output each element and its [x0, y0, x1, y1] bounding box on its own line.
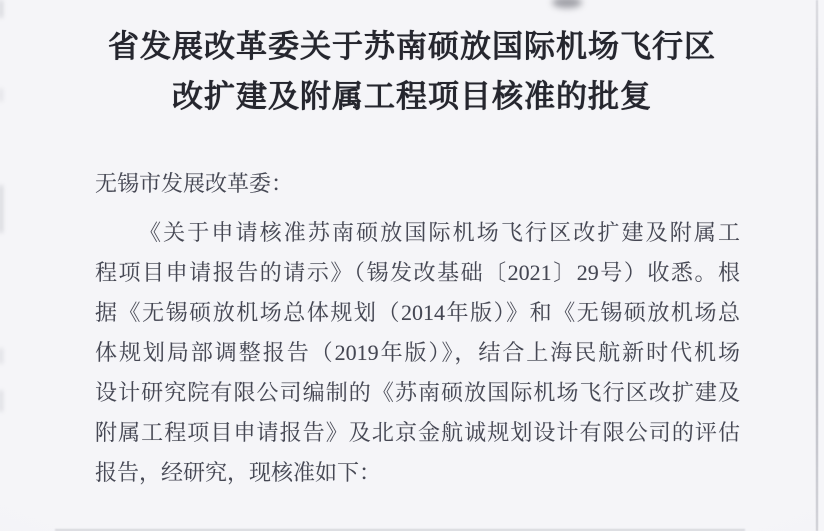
- document-body: 无锡市发展改革委： 《关于申请核准苏南硕放国际机场飞行区改扩建及附属工 程项目申…: [95, 164, 740, 493]
- body-line: 程项目申请报告的请示》（锡发改基础〔2021〕29号）收悉。根: [95, 253, 740, 293]
- body-line: 附属工程项目申请报告》及北京金航诚规划设计有限公司的评估: [95, 413, 740, 453]
- scan-artifact-smudge: [552, 0, 582, 8]
- scan-artifact-smudge: [0, 185, 3, 233]
- body-line-last: 报告，经研究，现核准如下：: [95, 453, 740, 493]
- scan-artifact-smudge: [0, 348, 3, 364]
- body-line: 据《无锡硕放机场总体规划（2014年版）》和《无锡硕放机场总: [95, 293, 740, 333]
- document-title-line-2: 改扩建及附属工程项目核准的批复: [0, 72, 824, 122]
- document-title: 省发展改革委关于苏南硕放国际机场飞行区 改扩建及附属工程项目核准的批复: [0, 22, 824, 122]
- scan-artifact-smudge: [0, 0, 3, 18]
- body-line: 《关于申请核准苏南硕放国际机场飞行区改扩建及附属工: [95, 213, 740, 253]
- scan-page-edge-margin: [818, 0, 824, 531]
- scan-artifact-smudge: [0, 390, 3, 412]
- body-line: 体规划局部调整报告（2019年版）》，结合上海民航新时代机场: [95, 333, 740, 373]
- scan-page-edge-line: [816, 0, 818, 531]
- body-line: 设计研究院有限公司编制的《苏南硕放国际机场飞行区改扩建及: [95, 373, 740, 413]
- scanned-document-page: 省发展改革委关于苏南硕放国际机场飞行区 改扩建及附属工程项目核准的批复 无锡市发…: [0, 0, 824, 531]
- document-title-line-1: 省发展改革委关于苏南硕放国际机场飞行区: [0, 22, 824, 72]
- salutation-line: 无锡市发展改革委：: [95, 164, 740, 204]
- scan-artifact-smudge: [0, 88, 3, 102]
